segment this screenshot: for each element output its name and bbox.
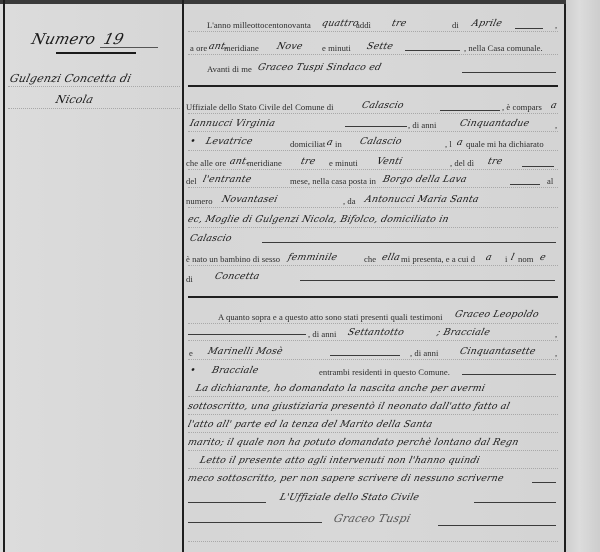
printed-text: domiciliat [290,139,325,149]
printed-text: e minuti [329,158,358,168]
fill-rule [188,502,266,503]
printed-text: , di anni [410,348,438,358]
printed-text: , nella Casa comunale. [464,43,543,53]
ruled-line [188,340,558,341]
punctuation: , [555,329,557,339]
handwritten-parents: ec, Moglie di Gulgenzi Nicola, Bifolco, … [187,214,450,225]
printed-text: , di anni [408,120,436,130]
fill-rule [405,50,460,51]
handwritten-month: l'entrante [202,174,253,185]
handwritten-officer: Graceo Tuspi Sindaco ed [257,62,383,73]
printed-text: , da [343,196,356,206]
handwritten-hour: tre [300,156,317,167]
column-divider [182,0,184,552]
handwritten-house-number: Novantasei [221,194,279,205]
printed-text: , è compars [502,102,542,112]
handwritten-day: tre [487,156,504,167]
fill-rule [300,280,555,281]
bullet-mark: • [189,136,197,147]
printed-text: Avanti di me [207,64,252,74]
fill-rule [330,355,400,356]
page-edge [566,0,600,552]
ruled-line [188,131,558,132]
fill-rule [188,334,306,335]
handwritten-minutes: Sette [366,41,395,52]
handwritten-note-line: sottoscritto, una giustiziaria presentò … [187,401,511,412]
section-divider [188,85,558,87]
handwritten-profession2: Bracciale [211,365,260,376]
printed-text: , di anni [308,329,336,339]
ruled-line [188,541,558,542]
printed-text: di [186,274,193,284]
handwritten-domicile: Calascio [359,136,403,147]
punctuation: , [555,20,557,30]
fill-rule [438,525,556,526]
printed-text: A quanto sopra e a questo atto sono stat… [218,312,443,322]
handwritten-sex: femminile [287,252,339,263]
handwritten-note-line: meco sottoscritto, per non sapere scrive… [187,473,505,484]
punctuation: , [555,120,557,130]
printed-text: mi presenta, e a cui d [401,254,475,264]
number-flourish [56,52,136,54]
printed-text: L'anno milleottocentonovanta [207,20,311,30]
printed-text: addì [356,20,371,30]
handwritten-age: Cinquantadue [459,118,531,129]
fill-rule [515,28,543,29]
bullet-mark: • [189,365,197,376]
fill-rule [474,502,556,503]
ruled-line [188,450,558,451]
printed-text: mese, nella casa posta in [290,176,376,186]
fill-rule [462,72,556,73]
fill-rule [462,374,556,375]
printed-text: , del dì [450,158,474,168]
handwritten-suffix: a [326,137,335,148]
child-name-line2: Nicola [54,93,94,106]
handwritten-year: quattro [321,18,360,29]
printed-text: e [189,348,193,358]
child-name-line1: Gulgenzi Concetta di [8,72,132,85]
officer-signature: Graceo Tuspi [332,512,412,525]
page-top-border [0,0,600,4]
handwritten-suffix: l [510,252,516,263]
ruled-line [188,323,558,324]
handwritten-town: Calascio [189,233,233,244]
register-page: Numero 19 Gulgenzi Concetta di Nicola L'… [0,0,600,552]
ruled-line [188,227,558,228]
printed-text: del [186,176,197,186]
ruled-line [188,187,558,188]
ruled-line [188,468,558,469]
handwritten-suffix: a [456,137,465,148]
record-number: 19 [102,30,126,48]
printed-text: i [505,254,507,264]
handwritten-witness1: Graceo Leopoldo [454,309,540,320]
fill-rule [262,242,556,243]
fill-rule [440,110,500,111]
left-frame-line [3,0,5,552]
printed-text: e minuti [322,43,351,53]
printed-text: in [335,139,342,149]
handwritten-note-line: La dichiarante, ho domandato la nascita … [195,383,487,394]
fill-rule [532,482,556,483]
handwritten-age1: Settantotto [347,327,406,338]
handwritten-presenter: ella [381,252,402,263]
ruled-line [188,396,558,397]
printed-text: meridiane [247,158,282,168]
printed-text: numero [186,196,213,206]
ruled-line [188,207,558,208]
printed-text: di [452,20,459,30]
ruled-line [188,31,558,32]
printed-text: che alle ore [186,158,226,168]
printed-text: meridiane [224,43,259,53]
handwritten-suffix: a [550,100,559,111]
printed-text: a ore [190,43,207,53]
ruled-line [188,432,558,433]
printed-text: entrambi residenti in questo Comune. [319,367,450,377]
officer-title: L'Uffiziale dello Stato Civile [279,492,421,503]
handwritten-profession1: ; Bracciale [436,327,492,338]
printed-text: quale mi ha dichiarato [466,139,544,149]
margin-rule [8,86,180,87]
printed-text: che [364,254,376,264]
handwritten-comune: Calascio [361,100,405,111]
handwritten-profession: Levatrice [205,136,254,147]
ruled-line [188,414,558,415]
printed-text: , l [445,139,452,149]
handwritten-note-line: l'atto all' parte ed la tenza del Marito… [187,419,434,430]
handwritten-hour: Nove [276,41,304,52]
handwritten-mother: Antonucci Maria Santa [364,194,480,205]
handwritten-suffix: e [539,252,547,263]
handwritten-day: tre [391,18,408,29]
handwritten-street: Borgo della Lava [382,174,468,185]
ruled-line [188,169,558,170]
section-divider [188,296,558,298]
fill-rule [510,184,540,185]
handwritten-note-line: marito; il quale non ha potuto domandato… [187,437,520,448]
ruled-line [188,54,558,55]
printed-text: nom [518,254,533,264]
printed-text: al [547,176,553,186]
printed-text: è nato un bambino di sesso [186,254,280,264]
printed-text: Uffiziale dello Stato Civile del Comune … [186,102,334,112]
punctuation: , [555,348,557,358]
handwritten-witness2: Marinelli Mosè [207,346,284,357]
handwritten-suffix: a [485,252,494,263]
fill-rule [522,166,554,167]
fill-rule [345,126,407,127]
handwritten-month: Aprile [471,18,504,29]
ruled-line [188,113,558,114]
handwritten-note-line: Letto il presente atto agli intervenuti … [199,455,481,466]
handwritten-given-name: Concetta [214,271,261,282]
ruled-line [188,265,558,266]
handwritten-declarant: Iannucci Virginia [189,118,277,129]
margin-rule [8,108,180,109]
handwritten-minutes: Venti [376,156,404,167]
ruled-line [188,359,558,360]
handwritten-age2: Cinquantasette [459,346,537,357]
numero-label: Numero [30,30,98,48]
fill-rule [188,522,322,523]
number-underline [100,47,158,48]
ruled-line [188,150,558,151]
